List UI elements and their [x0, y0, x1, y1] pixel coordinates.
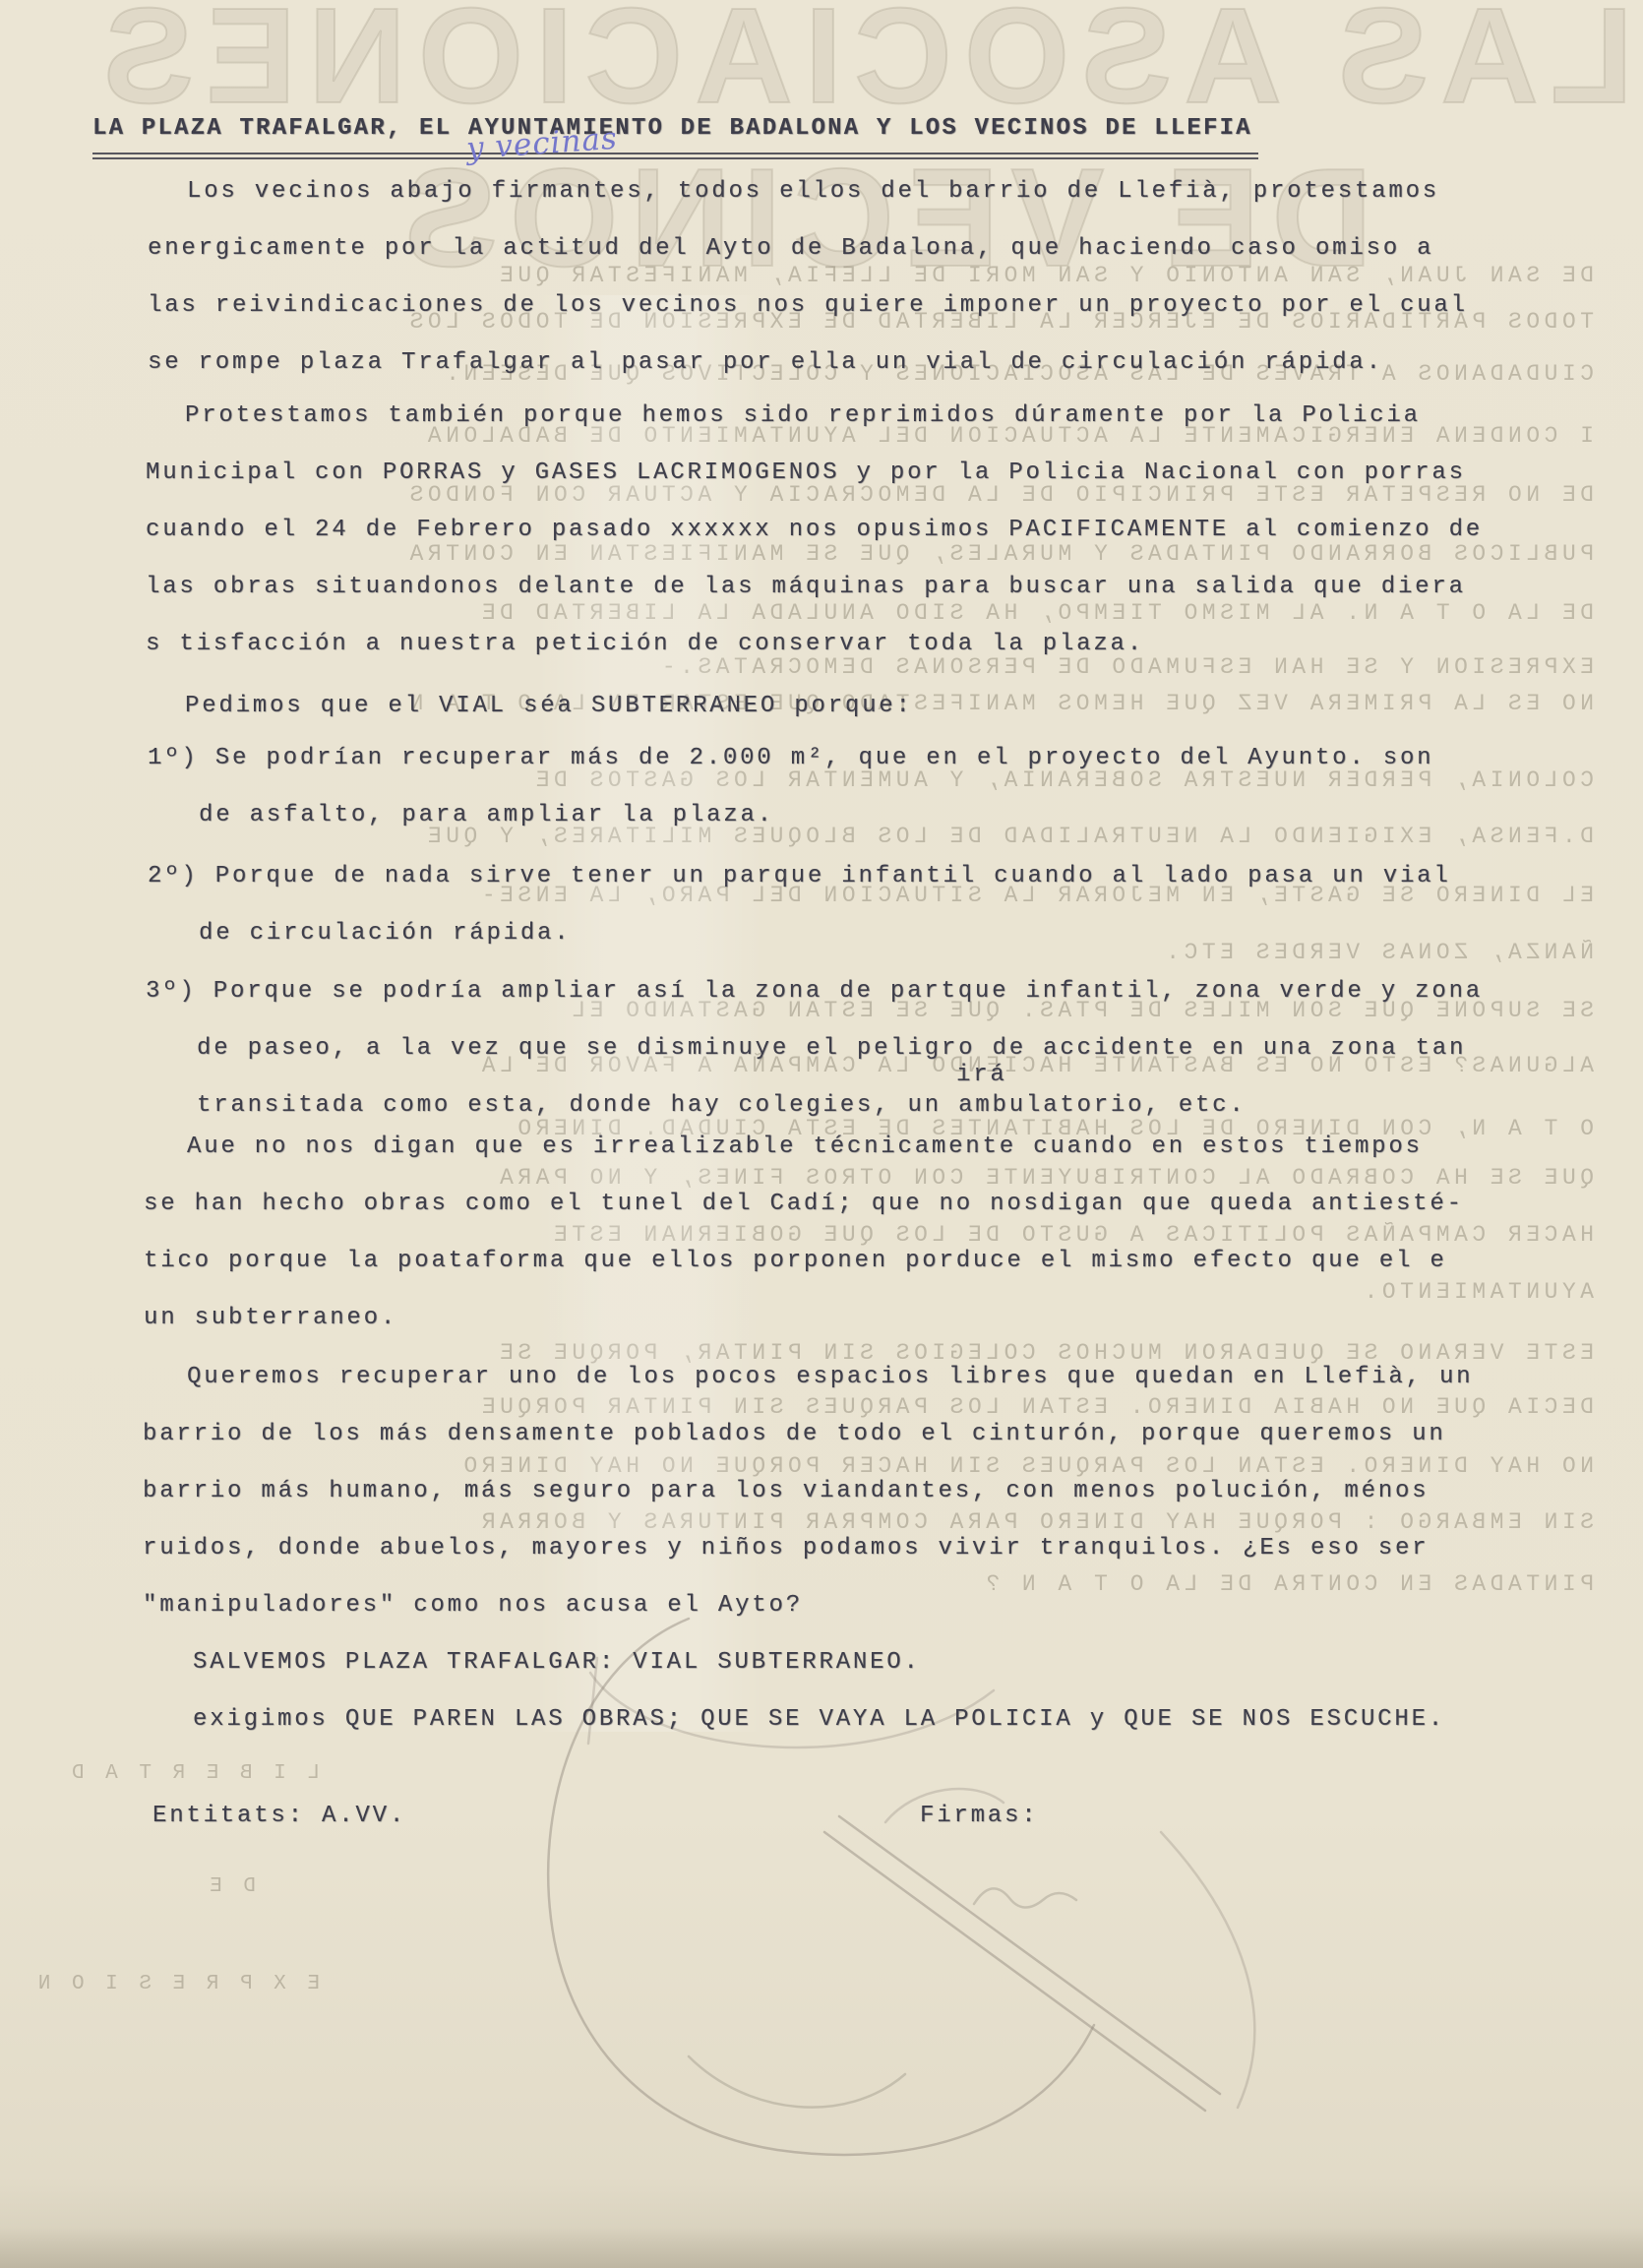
paragraph-feasibility: Aue no nos digan que es irrealizable téc…	[144, 1119, 1570, 1347]
paragraph-protest: Protestamos también porque hemos sido re…	[146, 388, 1562, 673]
paragraph-recover-space: Queremos recuperar uno de los pocos espa…	[143, 1349, 1569, 1634]
bleedthrough-line: E X P R E S I O N	[64, 1970, 320, 1999]
document-title: LA PLAZA TRAFALGAR, EL AYUNTAMIENTO DE B…	[92, 112, 1258, 159]
paragraph-intro: Los vecinos abajo firmantes, todos ellos…	[148, 163, 1554, 392]
numbered-item-2: 2º) Porque de nada sirve tener un parque…	[148, 848, 1606, 962]
numbered-item-1: 1º) Se podrían recuperar más de 2.000 m²…	[148, 730, 1606, 844]
signatures-label: Firmas:	[920, 1788, 1038, 1845]
demand-intro-line: Pedimos que el VIAL séa SUBTERRANEO porq…	[148, 678, 1328, 735]
typed-insertion-word: irá	[956, 1061, 1007, 1090]
entities-label: Entitats: A.VV.	[152, 1788, 406, 1845]
scanned-document-page: LAS ASOCIACIONES DE VECINOS DE SAN JUAN,…	[0, 0, 1643, 2268]
slogan-line: SALVEMOS PLAZA TRAFALGAR: VIAL SUBTERRAN…	[193, 1634, 1472, 1691]
bleedthrough-line: L I B E R T A D	[84, 1759, 320, 1789]
demands-line: exigimos QUE PAREN LAS OBRAS; QUE SE VAY…	[193, 1691, 1600, 1748]
numbered-item-3: 3º) Porque se podría ampliar así la zona…	[146, 963, 1613, 1134]
bleedthrough-line: D E	[138, 1872, 256, 1902]
